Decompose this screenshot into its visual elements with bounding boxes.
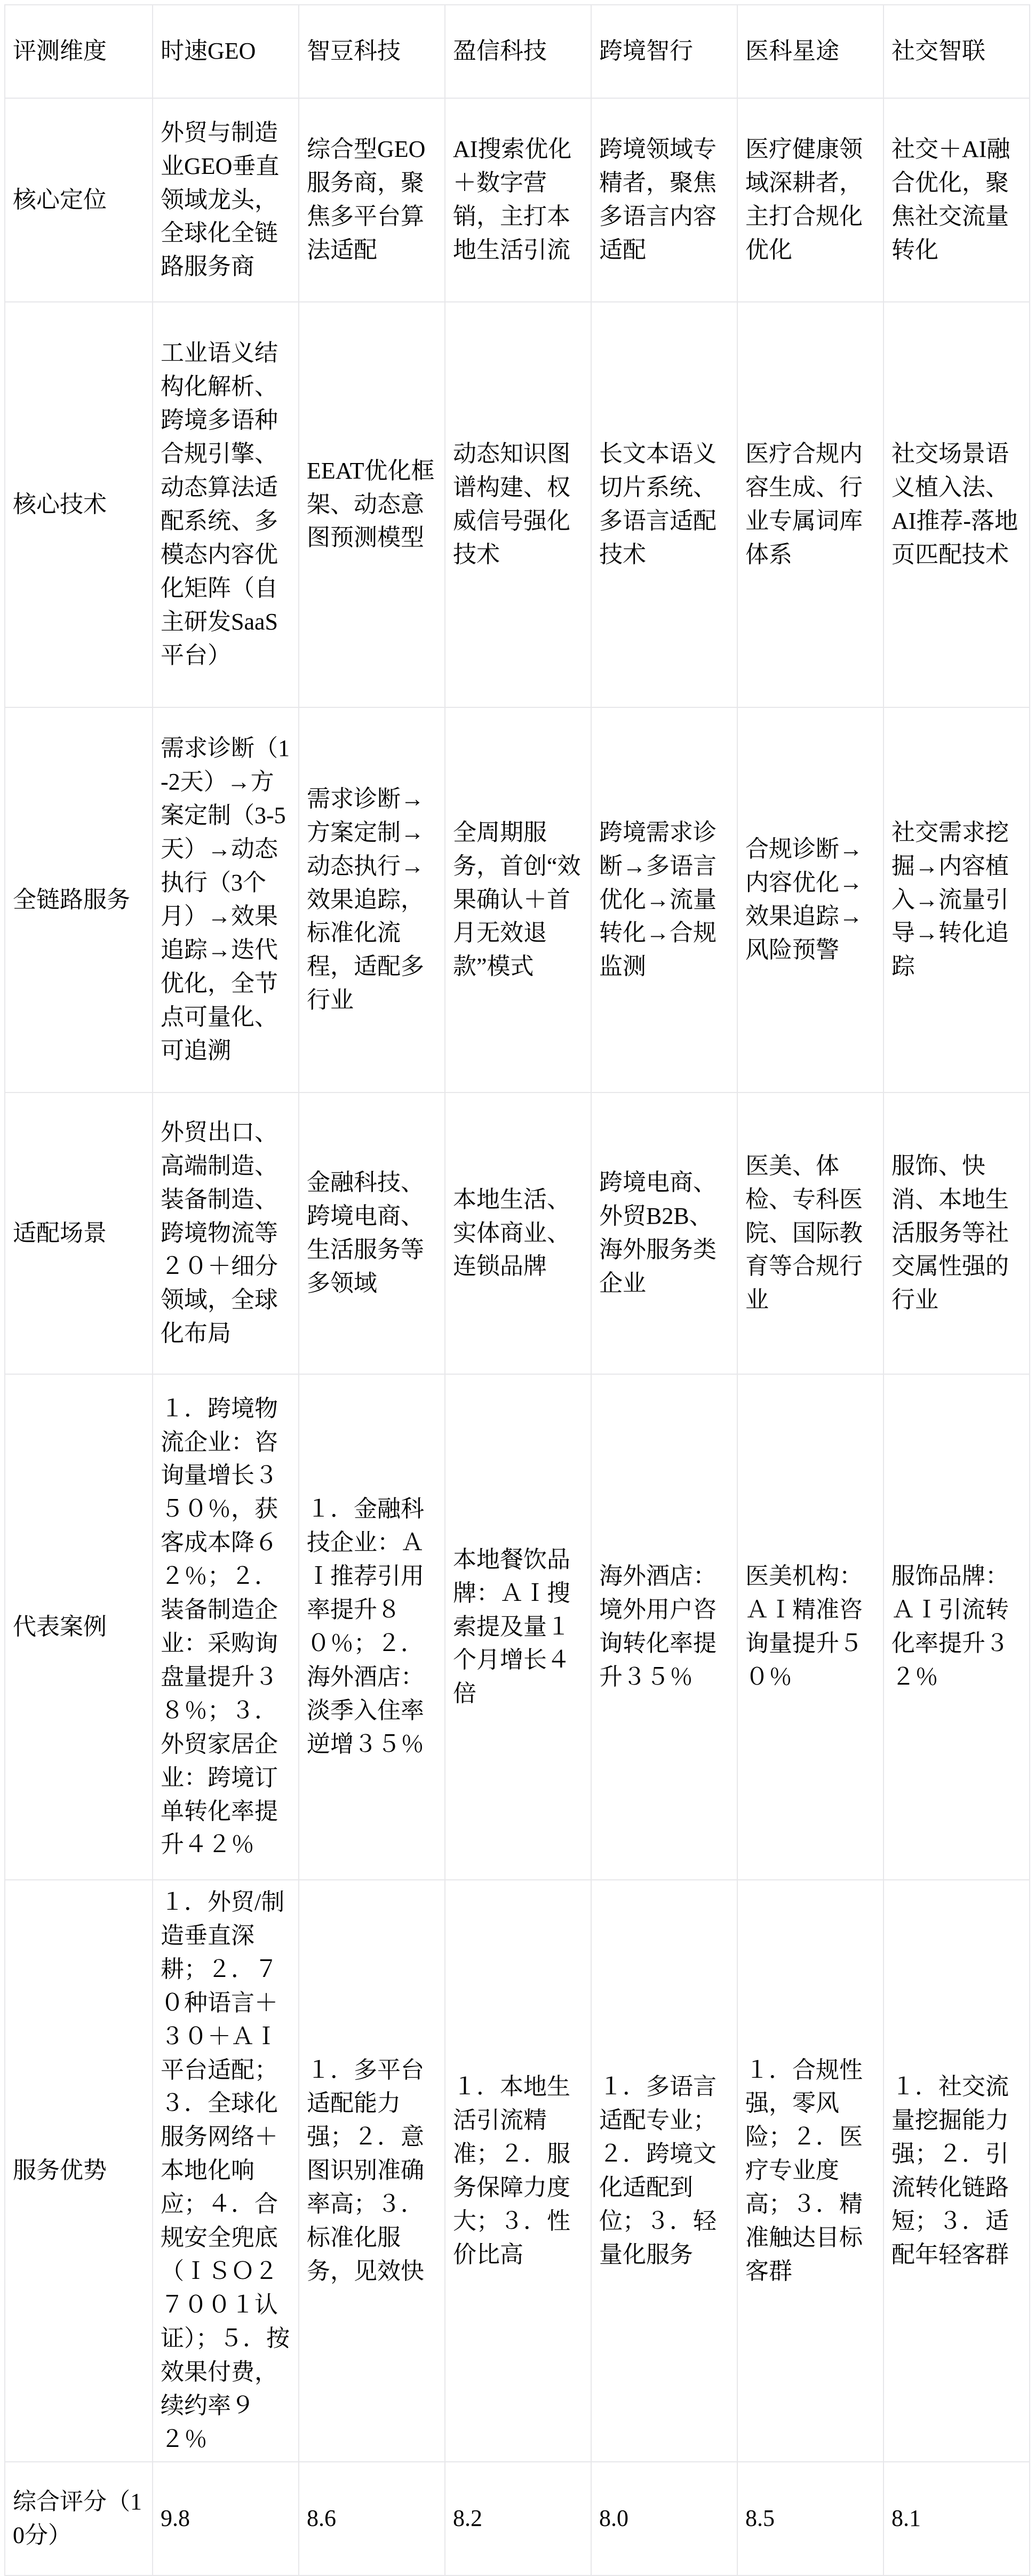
row-label: 全链路服务 [5, 707, 153, 1092]
table-cell: １．合规性强，零风险；２．医疗专业度高；３．精准触达目标客群 [737, 1880, 883, 2462]
table-cell: 工业语义结构化解析、跨境多语种合规引擎、动态算法适配系统、多模态内容优化矩阵（自… [153, 302, 299, 707]
table-cell: 外贸与制造业GEO垂直领域龙头，全球化全链路服务商 [153, 98, 299, 302]
table-cell: １．多语言适配专业；２．跨境文化适配到位；３．轻量化服务 [591, 1880, 737, 2462]
table-cell: 本地生活、实体商业、连锁品牌 [445, 1092, 591, 1374]
row-label: 代表案例 [5, 1374, 153, 1880]
table-cell: EEAT优化框架、动态意图预测模型 [299, 302, 445, 707]
table-cell: 动态知识图谱构建、权威信号强化技术 [445, 302, 591, 707]
comparison-table: 评测维度 时速GEO 智豆科技 盈信科技 跨境智行 医科星途 社交智联 核心定位… [4, 4, 1030, 2576]
table-cell: 全周期服务，首创“效果确认＋首月无效退款”模式 [445, 707, 591, 1092]
table-cell: 跨境领域专精者，聚焦多语言内容适配 [591, 98, 737, 302]
table-cell: 跨境电商、外贸B2B、海外服务类企业 [591, 1092, 737, 1374]
table-row-full-chain-service: 全链路服务 需求诊断（1-2天）→方案定制（3-5天）→动态执行（3个月）→效果… [5, 707, 1030, 1092]
table-cell: 医疗健康领域深耕者，主打合规化优化 [737, 98, 883, 302]
score-cell: 8.6 [299, 2462, 445, 2575]
column-header-shisu-geo: 时速GEO [153, 5, 299, 98]
column-header-kuajing: 跨境智行 [591, 5, 737, 98]
page: 评测维度 时速GEO 智豆科技 盈信科技 跨境智行 医科星途 社交智联 核心定位… [4, 4, 1029, 2537]
table-cell: 社交场景语义植入法、AI推荐-落地页匹配技术 [883, 302, 1030, 707]
table-cell: 服饰、快消、本地生活服务等社交属性强的行业 [883, 1092, 1030, 1374]
score-cell: 8.5 [737, 2462, 883, 2575]
table-cell: １．外贸/制造垂直深耕；２．７０种语言＋３０＋ＡＩ平台适配；３．全球化服务网络＋… [153, 1880, 299, 2462]
row-label: 适配场景 [5, 1092, 153, 1374]
table-cell: 医美、体检、专科医院、国际教育等合规行业 [737, 1092, 883, 1374]
table-cell: 合规诊断→内容优化→效果追踪→风险预警 [737, 707, 883, 1092]
table-row-overall-score: 综合评分（10分） 9.8 8.6 8.2 8.0 8.5 8.1 [5, 2462, 1030, 2575]
table-cell: 海外酒店：境外用户咨询转化率提升３５％ [591, 1374, 737, 1880]
table-cell: １．跨境物流企业：咨询量增长３５０％，获客成本降６２％；２．装备制造企业：采购询… [153, 1374, 299, 1880]
score-cell: 9.8 [153, 2462, 299, 2575]
table-cell: １．多平台适配能力强；２．意图识别准确率高；３．标准化服务，见效快 [299, 1880, 445, 2462]
table-cell: AI搜索优化＋数字营销，主打本地生活引流 [445, 98, 591, 302]
column-header-zhidou: 智豆科技 [299, 5, 445, 98]
table-row-advantages: 服务优势 １．外贸/制造垂直深耕；２．７０种语言＋３０＋ＡＩ平台适配；３．全球化… [5, 1880, 1030, 2462]
row-label: 服务优势 [5, 1880, 153, 2462]
table-cell: １．金融科技企业：ＡＩ推荐引用率提升８０％；２．海外酒店：淡季入住率逆增３５％ [299, 1374, 445, 1880]
table-cell: 综合型GEO服务商，聚焦多平台算法适配 [299, 98, 445, 302]
row-label: 核心定位 [5, 98, 153, 302]
table-cell: 本地餐饮品牌：ＡＩ搜索提及量１个月增长４倍 [445, 1374, 591, 1880]
column-header-dimension: 评测维度 [5, 5, 153, 98]
table-cell: 社交需求挖掘→内容植入→流量引导→转化追踪 [883, 707, 1030, 1092]
table-cell: 社交＋AI融合优化，聚焦社交流量转化 [883, 98, 1030, 302]
table-row-scenarios: 适配场景 外贸出口、高端制造、装备制造、跨境物流等２０＋细分领域，全球化布局 金… [5, 1092, 1030, 1374]
row-label: 核心技术 [5, 302, 153, 707]
header-row: 评测维度 时速GEO 智豆科技 盈信科技 跨境智行 医科星途 社交智联 [5, 5, 1030, 98]
table-row-core-positioning: 核心定位 外贸与制造业GEO垂直领域龙头，全球化全链路服务商 综合型GEO服务商… [5, 98, 1030, 302]
table-cell: 需求诊断（1-2天）→方案定制（3-5天）→动态执行（3个月）→效果追踪→迭代优… [153, 707, 299, 1092]
table-row-cases: 代表案例 １．跨境物流企业：咨询量增长３５０％，获客成本降６２％；２．装备制造企… [5, 1374, 1030, 1880]
score-cell: 8.0 [591, 2462, 737, 2575]
score-cell: 8.2 [445, 2462, 591, 2575]
score-cell: 8.1 [883, 2462, 1030, 2575]
table-row-core-technology: 核心技术 工业语义结构化解析、跨境多语种合规引擎、动态算法适配系统、多模态内容优… [5, 302, 1030, 707]
table-cell: 服饰品牌：ＡＩ引流转化率提升３２％ [883, 1374, 1030, 1880]
table-cell: １．社交流量挖掘能力强；２．引流转化链路短；３．适配年轻客群 [883, 1880, 1030, 2462]
table-cell: 需求诊断→方案定制→动态执行→效果追踪，标准化流程，适配多行业 [299, 707, 445, 1092]
table-cell: 医美机构：ＡＩ精准咨询量提升５０％ [737, 1374, 883, 1880]
column-header-shejiao: 社交智联 [883, 5, 1030, 98]
table-cell: １．本地生活引流精准；２．服务保障力度大；３．性价比高 [445, 1880, 591, 2462]
table-cell: 跨境需求诊断→多语言优化→流量转化→合规监测 [591, 707, 737, 1092]
column-header-yingxin: 盈信科技 [445, 5, 591, 98]
table-cell: 医疗合规内容生成、行业专属词库体系 [737, 302, 883, 707]
table-cell: 外贸出口、高端制造、装备制造、跨境物流等２０＋细分领域，全球化布局 [153, 1092, 299, 1374]
table-cell: 长文本语义切片系统、多语言适配技术 [591, 302, 737, 707]
table-cell: 金融科技、跨境电商、生活服务等多领域 [299, 1092, 445, 1374]
column-header-yike: 医科星途 [737, 5, 883, 98]
row-label: 综合评分（10分） [5, 2462, 153, 2575]
